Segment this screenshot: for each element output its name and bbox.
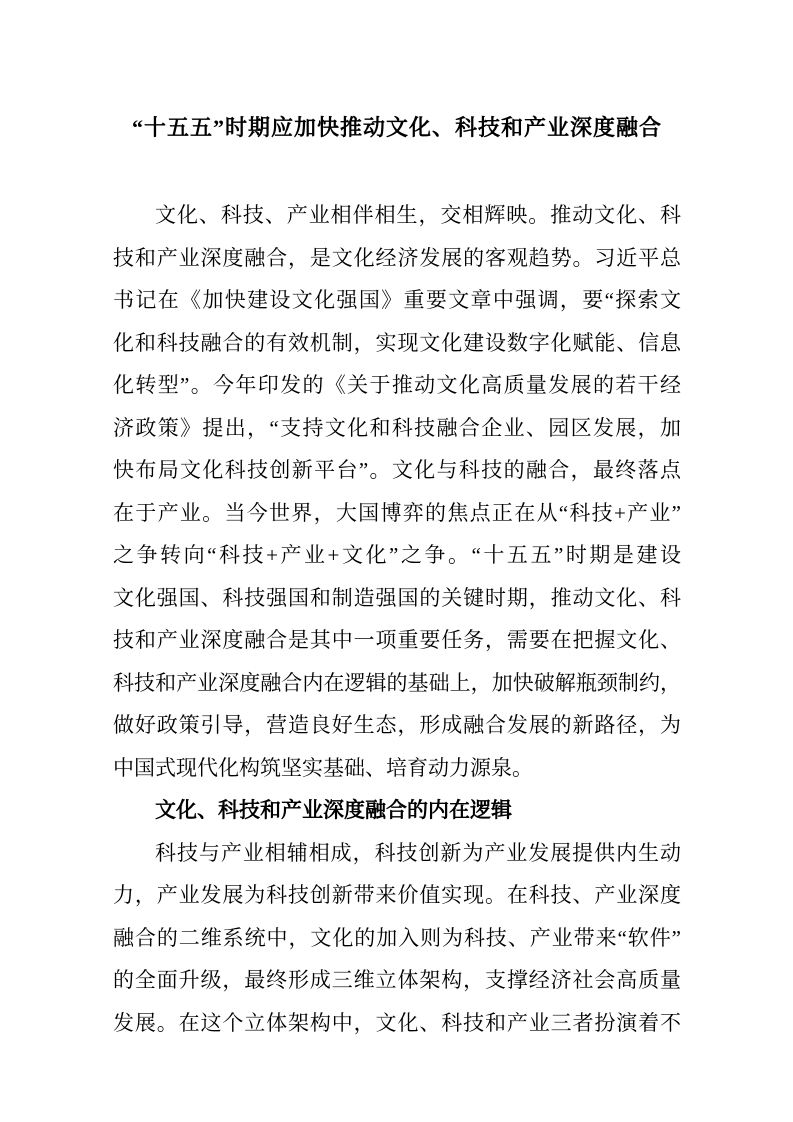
document-body: 文化、科技、产业相伴相生，交相辉映。推动文化、科技和产业深度融合，是文化经济发展… <box>113 194 681 1044</box>
paragraph-line: 之争转向“科技+产业+文化”之争。“十五五”时期是建设 <box>113 534 681 577</box>
paragraph-line: 化转型”。今年印发的《关于推动文化高质量发展的若干经 <box>113 364 681 407</box>
paragraph-line: 科技与产业相辅相成，科技创新为产业发展提供内生动 <box>113 832 681 875</box>
paragraph-line: 做好政策引导，营造良好生态，形成融合发展的新路径，为 <box>113 704 681 747</box>
paragraph-line: 书记在《加快建设文化强国》重要文章中强调，要“探索文 <box>113 279 681 322</box>
paragraph-line: 文化、科技、产业相伴相生，交相辉映。推动文化、科 <box>113 194 681 237</box>
paragraph-line: 技和产业深度融合是其中一项重要任务，需要在把握文化、 <box>113 619 681 662</box>
paragraph-line: 发展。在这个立体架构中，文化、科技和产业三者扮演着不 <box>113 1002 681 1045</box>
paragraph-line: 化和科技融合的有效机制，实现文化建设数字化赋能、信息 <box>113 322 681 365</box>
document-page: “十五五”时期应加快推动文化、科技和产业深度融合 文化、科技、产业相伴相生，交相… <box>0 0 793 1122</box>
paragraph-line: 的全面升级，最终形成三维立体架构，支撑经济社会高质量 <box>113 959 681 1002</box>
paragraph-line: 科技和产业深度融合内在逻辑的基础上，加快破解瓶颈制约， <box>113 662 681 705</box>
paragraph-line: 在于产业。当今世界，大国博弈的焦点正在从“科技+产业” <box>113 492 681 535</box>
paragraph-line: 快布局文化科技创新平台”。文化与科技的融合，最终落点 <box>113 449 681 492</box>
paragraph-line: 济政策》提出，“支持文化和科技融合企业、园区发展，加 <box>113 407 681 450</box>
paragraph-line: 融合的二维系统中，文化的加入则为科技、产业带来“软件” <box>113 917 681 960</box>
paragraph-line: 技和产业深度融合，是文化经济发展的客观趋势。习近平总 <box>113 237 681 280</box>
paragraph-line: 文化强国、科技强国和制造强国的关键时期，推动文化、科 <box>113 577 681 620</box>
paragraph-line: 力，产业发展为科技创新带来价值实现。在科技、产业深度 <box>113 874 681 917</box>
paragraph-line: 中国式现代化构筑坚实基础、培育动力源泉。 <box>113 747 681 790</box>
document-title: “十五五”时期应加快推动文化、科技和产业深度融合 <box>113 106 681 150</box>
section-heading-line: 文化、科技和产业深度融合的内在逻辑 <box>113 789 681 832</box>
